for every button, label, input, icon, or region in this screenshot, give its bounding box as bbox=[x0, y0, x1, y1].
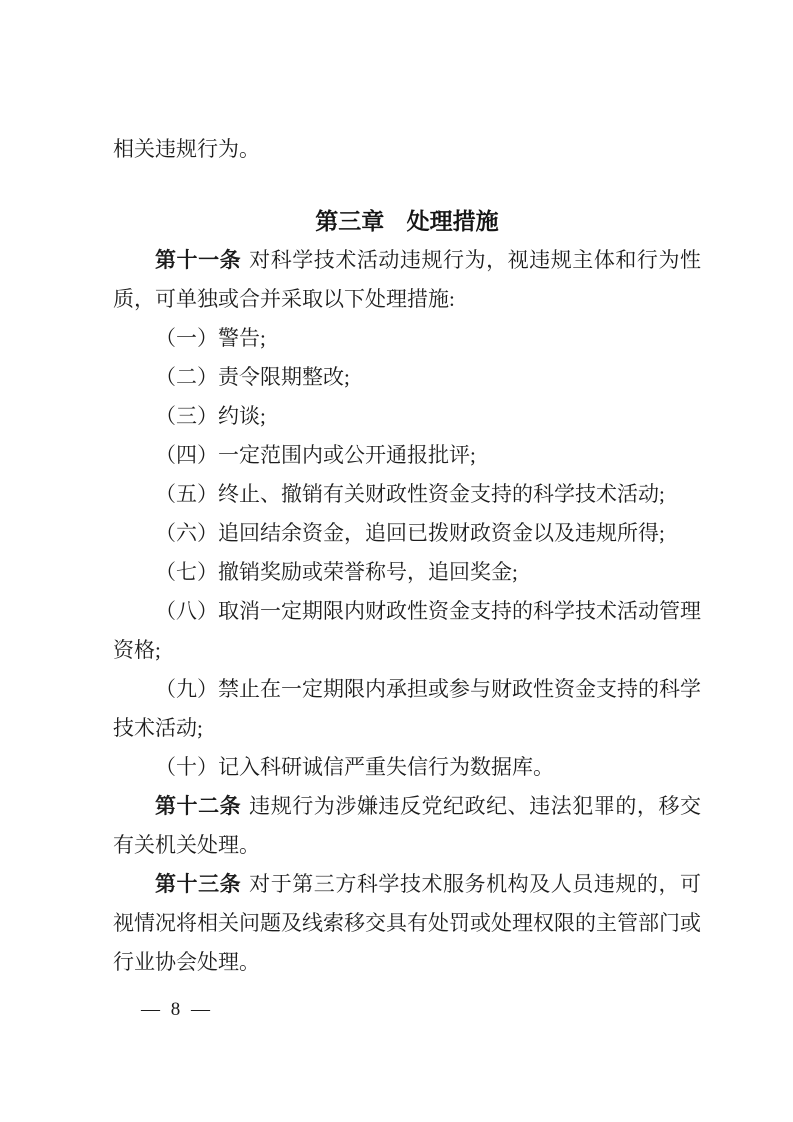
measure-item-1: （一）警告; bbox=[113, 319, 701, 358]
measure-item-2: （二）责令限期整改; bbox=[113, 358, 701, 397]
measure-item-8: （八）取消一定期限内财政性资金支持的科学技术活动管理资格; bbox=[113, 592, 701, 670]
article-13-label: 第十三条 bbox=[155, 872, 241, 896]
continuation-paragraph: 相关违规行为。 bbox=[113, 130, 701, 169]
measure-item-10: （十）记入科研诚信严重失信行为数据库。 bbox=[113, 748, 701, 787]
article-11-label: 第十一条 bbox=[155, 248, 241, 272]
measure-item-3: （三）约谈; bbox=[113, 397, 701, 436]
document-page: 相关违规行为。 第三章 处理措施 第十一条对科学技术活动违规行为，视违规主体和行… bbox=[0, 0, 793, 1122]
measure-item-5: （五）终止、撤销有关财政性资金支持的科学技术活动; bbox=[113, 475, 701, 514]
article-12-paragraph: 第十二条违规行为涉嫌违反党纪政纪、违法犯罪的，移交有关机关处理。 bbox=[113, 787, 701, 865]
measure-item-4: （四）一定范围内或公开通报批评; bbox=[113, 436, 701, 475]
article-12-label: 第十二条 bbox=[155, 794, 241, 818]
chapter-heading: 第三章 处理措施 bbox=[113, 202, 701, 241]
article-11-paragraph: 第十一条对科学技术活动违规行为，视违规主体和行为性质，可单独或合并采取以下处理措… bbox=[113, 241, 701, 319]
measure-item-9: （九）禁止在一定期限内承担或参与财政性资金支持的科学技术活动; bbox=[113, 670, 701, 748]
page-number: — 8 — bbox=[113, 996, 701, 1024]
measure-item-7: （七）撤销奖励或荣誉称号，追回奖金; bbox=[113, 553, 701, 592]
measure-item-6: （六）追回结余资金，追回已拨财政资金以及违规所得; bbox=[113, 514, 701, 553]
article-13-paragraph: 第十三条对于第三方科学技术服务机构及人员违规的，可视情况将相关问题及线索移交具有… bbox=[113, 865, 701, 982]
